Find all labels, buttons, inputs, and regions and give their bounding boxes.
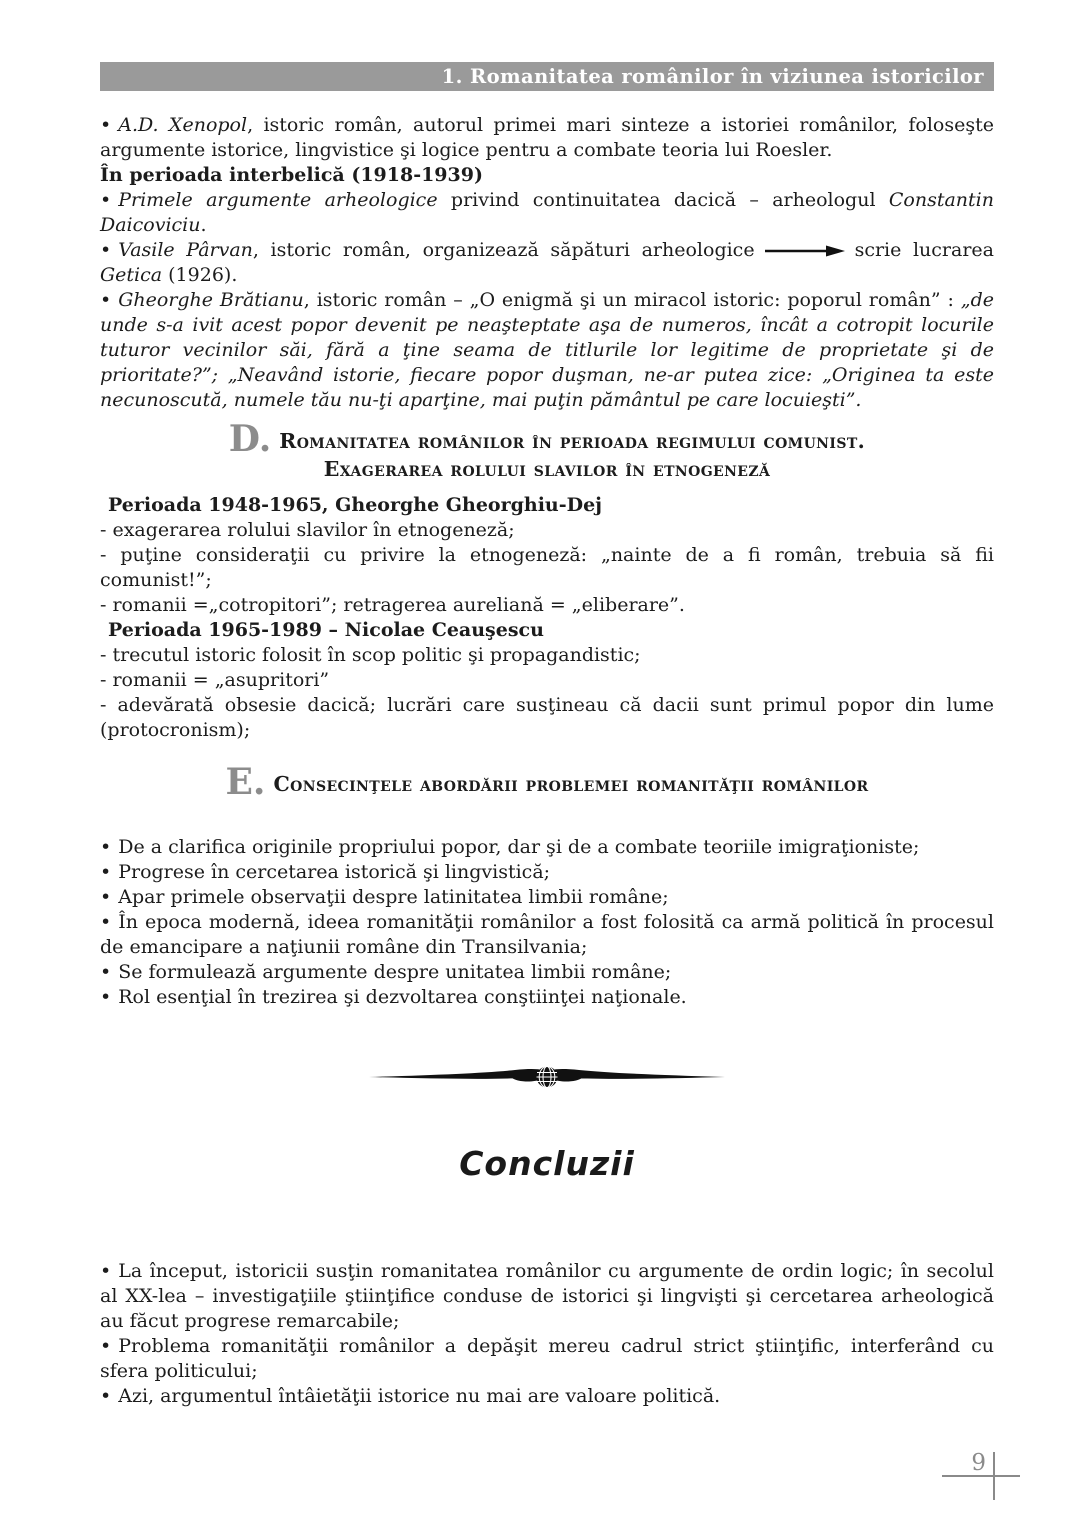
flourish-divider-icon — [367, 1062, 727, 1092]
list-item: - adevărată obsesie dacică; lucrări care… — [100, 693, 994, 743]
historian-name: Vasile Pârvan — [118, 239, 253, 261]
paragraph-text: scrie lucrarea — [855, 239, 994, 261]
bullet-marker: • — [100, 861, 111, 883]
conclusions-block: •La început, istoricii susţin romanitate… — [100, 1259, 994, 1409]
bullet-marker: • — [100, 961, 111, 983]
bullet-marker: • — [100, 1335, 111, 1357]
chapter-title: 1. Romanitatea românilor în viziunea ist… — [442, 65, 984, 88]
paragraph-text: . — [200, 214, 206, 236]
section-d-letter: D. — [229, 418, 271, 460]
bullet-marker: • — [100, 886, 111, 908]
historian-name: Gheorghe Brătianu — [118, 289, 304, 311]
bullet-marker: • — [100, 189, 111, 211]
divider-ornament — [100, 1062, 994, 1096]
section-e-letter: E. — [225, 761, 265, 803]
paragraph-xenopol: •A.D. Xenopol, istoric român, autorul pr… — [100, 113, 994, 163]
bullet-marker: • — [100, 1260, 111, 1282]
historian-name: A.D. Xenopol — [118, 114, 247, 136]
list-item: - romanii = „asupritori” — [100, 668, 994, 693]
bullet-marker: • — [100, 289, 111, 311]
section-e-title-text: Consecinţele abordării problemei romanit… — [273, 772, 868, 796]
list-item: - exagerarea rolului slavilor în etnogen… — [100, 518, 994, 543]
list-item-text: De a clarifica originile propriului popo… — [118, 836, 919, 858]
emphasis-text: Primele argumente arheologice — [118, 189, 437, 211]
paragraph-parvan: •Vasile Pârvan, istoric român, organizea… — [100, 238, 994, 288]
section-d-heading: D.Romanitatea românilor în perioada regi… — [100, 426, 994, 484]
list-item: - romanii =„cotropitori”; retragerea aur… — [100, 593, 994, 618]
paragraph-text: (1926). — [162, 264, 237, 286]
list-item-text: Azi, argumentul întâietăţii istorice nu … — [118, 1385, 720, 1407]
paragraph-text: , istoric român – „O enigmă şi un miraco… — [304, 289, 961, 311]
globe-icon — [537, 1067, 558, 1088]
right-arrow-icon — [765, 245, 845, 257]
paragraph-text: , istoric român, organizează săpături ar… — [253, 239, 755, 261]
section-d-subtitle-text: Exagerarea rolului slavilor în etnogenez… — [324, 457, 771, 481]
list-item-text: Problema romanităţii românilor a depăşit… — [100, 1335, 994, 1382]
list-item: •Progrese în cercetarea istorică şi ling… — [100, 860, 994, 885]
list-item: •Rol esenţial în trezirea şi dezvoltarea… — [100, 985, 994, 1010]
bullet-marker: • — [100, 911, 111, 933]
bullet-marker: • — [100, 1385, 111, 1407]
work-title: Getica — [100, 264, 162, 286]
list-item: •În epoca modernă, ideea romanităţii rom… — [100, 910, 994, 960]
document-page: 1. Romanitatea românilor în viziunea ist… — [0, 0, 1080, 1527]
list-item-text: Apar primele observaţii despre latinitat… — [118, 886, 668, 908]
crop-mark-horizontal — [942, 1475, 1020, 1477]
heading-period-1965: Perioada 1965-1989 – Nicolae Ceauşescu — [100, 618, 994, 643]
list-item: •De a clarifica originile propriului pop… — [100, 835, 994, 860]
list-item: •Problema romanităţii românilor a depăşi… — [100, 1334, 994, 1384]
list-item-text: În epoca modernă, ideea romanităţii româ… — [100, 911, 994, 958]
page-content: 1. Romanitatea românilor în viziunea ist… — [100, 62, 994, 1409]
list-item: - trecutul istoric folosit în scop polit… — [100, 643, 994, 668]
conclusions-title: Concluzii — [100, 1144, 994, 1183]
page-number: 9 — [948, 1450, 986, 1476]
section-d-title-line1: D.Romanitatea românilor în perioada regi… — [100, 426, 994, 456]
list-item-text: Se formulează argumente despre unitatea … — [118, 961, 671, 983]
bullet-marker: • — [100, 986, 111, 1008]
paragraph-bratianu: •Gheorghe Brătianu, istoric român – „O e… — [100, 288, 994, 413]
list-item: •Apar primele observaţii despre latinita… — [100, 885, 994, 910]
section-d-title-line2: Exagerarea rolului slavilor în etnogenez… — [100, 456, 994, 484]
paragraph-daicoviciu: •Primele argumente arheologice privind c… — [100, 188, 994, 238]
section-d-title-text: Romanitatea românilor în perioada regimu… — [279, 429, 865, 453]
heading-interbellum: În perioada interbelică (1918-1939) — [100, 163, 994, 188]
bullet-marker: • — [100, 114, 111, 136]
heading-period-1948: Perioada 1948-1965, Gheorghe Gheorghiu-D… — [100, 493, 994, 518]
bullet-marker: • — [100, 239, 111, 261]
list-item-text: Rol esenţial în trezirea şi dezvoltarea … — [118, 986, 687, 1008]
list-item-text: La început, istoricii susţin romanitatea… — [100, 1260, 994, 1332]
list-item: •Azi, argumentul întâietăţii istorice nu… — [100, 1384, 994, 1409]
list-item: •La început, istoricii susţin romanitate… — [100, 1259, 994, 1334]
list-item: - puţine consideraţii cu privire la etno… — [100, 543, 994, 593]
chapter-header-bar: 1. Romanitatea românilor în viziunea ist… — [100, 62, 994, 91]
section-e-heading: E.Consecinţele abordării problemei roman… — [100, 769, 994, 799]
paragraph-text: privind continuitatea dacică – arheologu… — [438, 189, 889, 211]
list-item-text: Progrese în cercetarea istorică şi lingv… — [118, 861, 550, 883]
crop-mark-vertical — [993, 1452, 995, 1500]
list-item: •Se formulează argumente despre unitatea… — [100, 960, 994, 985]
bullet-marker: • — [100, 836, 111, 858]
